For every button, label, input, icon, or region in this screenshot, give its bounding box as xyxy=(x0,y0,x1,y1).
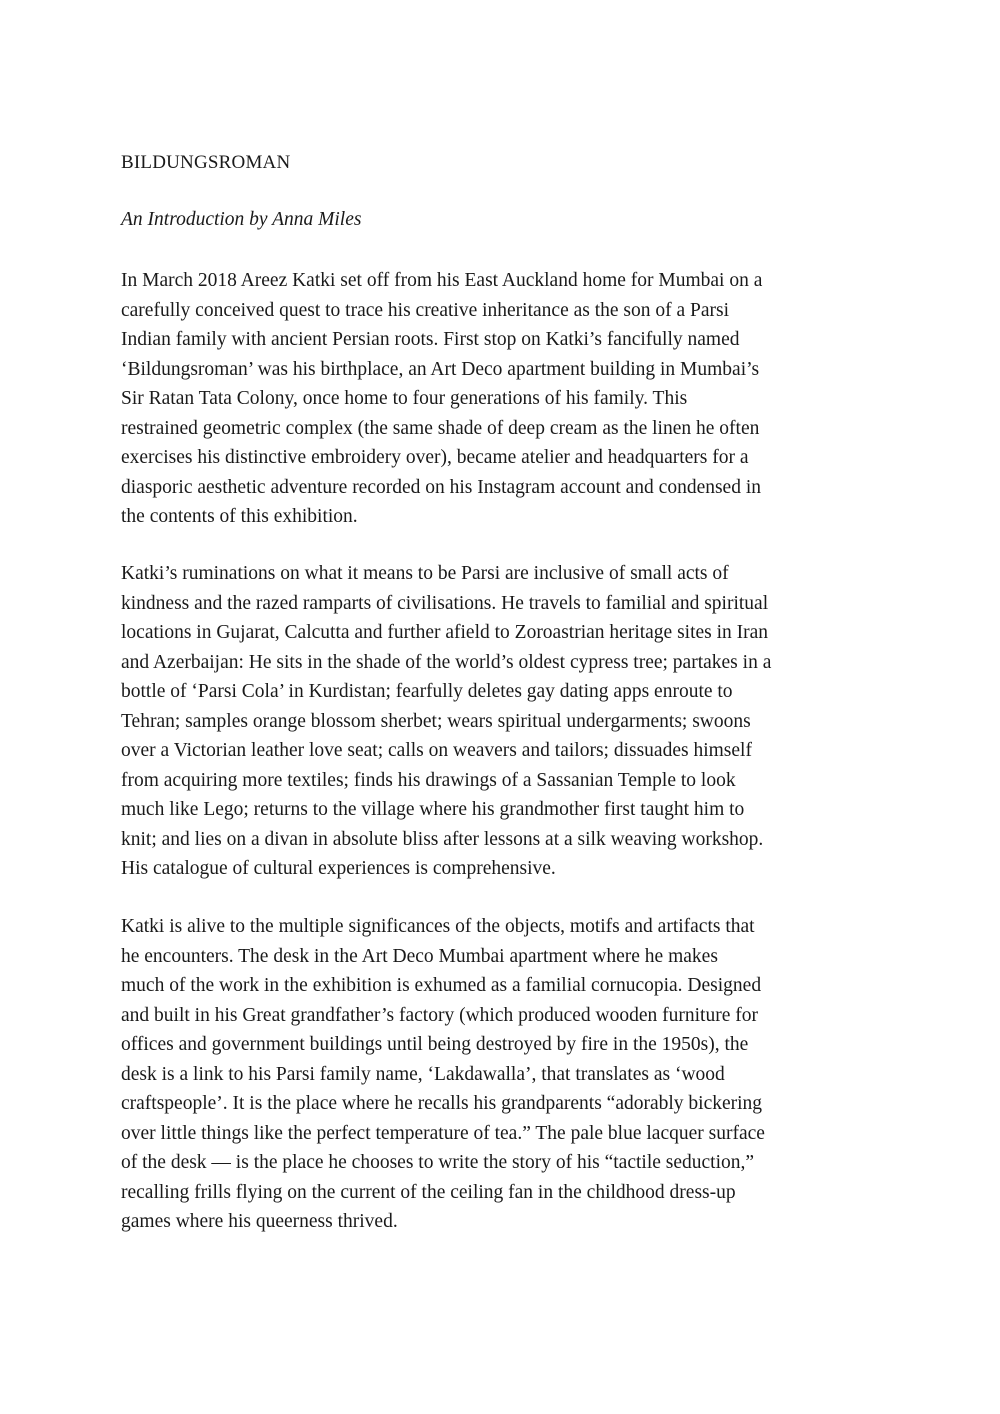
text-line: and built in his Great grandfather’s fac… xyxy=(121,1001,765,1031)
text-line: Tehran; samples orange blossom sherbet; … xyxy=(121,707,771,737)
text-line: kindness and the razed ramparts of civil… xyxy=(121,589,771,619)
text-line: of the desk — is the place he chooses to… xyxy=(121,1148,765,1178)
text-line: Indian family with ancient Persian roots… xyxy=(121,325,762,355)
text-line: locations in Gujarat, Calcutta and furth… xyxy=(121,618,771,648)
text-line: the contents of this exhibition. xyxy=(121,502,762,532)
document-subtitle: An Introduction by Anna Miles xyxy=(121,209,361,231)
text-line: In March 2018 Areez Katki set off from h… xyxy=(121,266,762,296)
text-line: Sir Ratan Tata Colony, once home to four… xyxy=(121,384,762,414)
text-line: and Azerbaijan: He sits in the shade of … xyxy=(121,648,771,678)
document-title: BILDUNGSROMAN xyxy=(121,152,290,174)
text-line: from acquiring more textiles; finds his … xyxy=(121,766,771,796)
text-line: Katki is alive to the multiple significa… xyxy=(121,912,765,942)
text-line: Katki’s ruminations on what it means to … xyxy=(121,559,771,589)
text-line: bottle of ‘Parsi Cola’ in Kurdistan; fea… xyxy=(121,677,771,707)
text-line: over little things like the perfect temp… xyxy=(121,1119,765,1149)
text-line: carefully conceived quest to trace his c… xyxy=(121,296,762,326)
text-line: ‘Bildungsroman’ was his birthplace, an A… xyxy=(121,355,762,385)
text-line: he encounters. The desk in the Art Deco … xyxy=(121,942,765,972)
text-line: recalling frills flying on the current o… xyxy=(121,1178,765,1208)
text-line: His catalogue of cultural experiences is… xyxy=(121,854,771,884)
paragraph-2: Katki’s ruminations on what it means to … xyxy=(121,559,771,884)
text-line: desk is a link to his Parsi family name,… xyxy=(121,1060,765,1090)
text-line: much of the work in the exhibition is ex… xyxy=(121,971,765,1001)
text-line: restrained geometric complex (the same s… xyxy=(121,414,762,444)
paragraph-3: Katki is alive to the multiple significa… xyxy=(121,912,765,1237)
text-line: knit; and lies on a divan in absolute bl… xyxy=(121,825,771,855)
text-line: diasporic aesthetic adventure recorded o… xyxy=(121,473,762,503)
text-line: much like Lego; returns to the village w… xyxy=(121,795,771,825)
text-line: games where his queerness thrived. xyxy=(121,1207,765,1237)
text-line: exercises his distinctive embroidery ove… xyxy=(121,443,762,473)
text-line: craftspeople’. It is the place where he … xyxy=(121,1089,765,1119)
text-line: offices and government buildings until b… xyxy=(121,1030,765,1060)
text-line: over a Victorian leather love seat; call… xyxy=(121,736,771,766)
paragraph-1: In March 2018 Areez Katki set off from h… xyxy=(121,266,762,532)
